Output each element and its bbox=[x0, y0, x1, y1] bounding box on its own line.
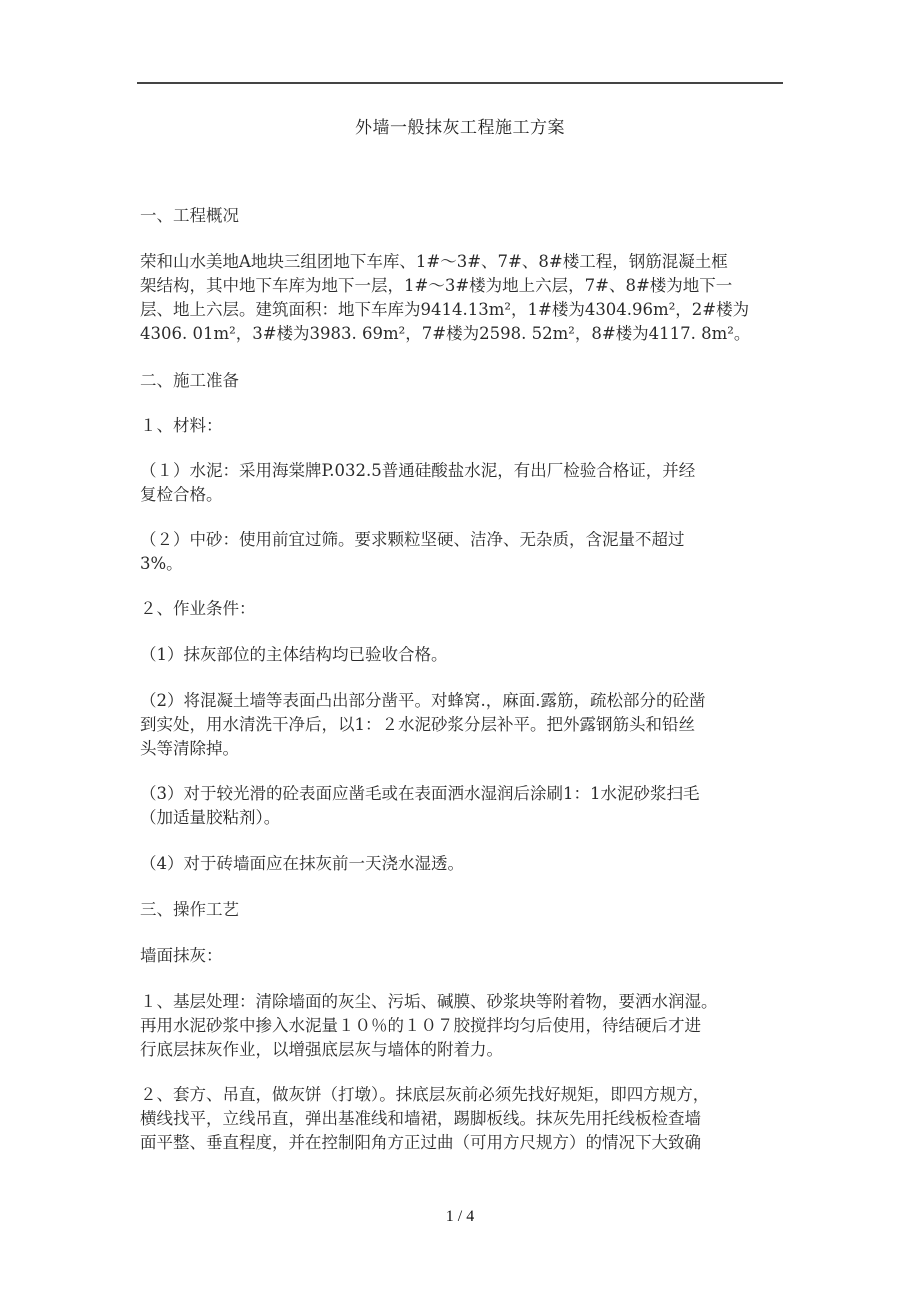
header-rule bbox=[137, 82, 783, 84]
paragraph-squaring-plumbing: ２、套方、吊直，做灰饼（打墩）。抹底层灰前必须先找好规矩，即四方规方， 横线找平… bbox=[140, 1083, 790, 1155]
text-line: 一、工程概况 bbox=[140, 204, 790, 228]
section-heading-process: 三、操作工艺 bbox=[140, 898, 790, 922]
paragraph-condition-2: （2）将混凝土墙等表面凸出部分凿平。对蜂窝.，麻面.露筋，疏松部分的砼凿 到实处… bbox=[140, 689, 790, 761]
paragraph-project-overview: 荣和山水美地A地块三组团地下车库、1#～3#、7#、8#楼工程，钢筋混凝土框 架… bbox=[140, 250, 790, 346]
document-page: 外墙一般抹灰工程施工方案 一、工程概况 荣和山水美地A地块三组团地下车库、1#～… bbox=[0, 0, 920, 1302]
text-line: 再用水泥砂浆中掺入水泥量１０％的１０７胶搅拌均匀后使用，待结硬后才进 bbox=[140, 1014, 790, 1038]
paragraph-sand: （２）中砂：使用前宜过筛。要求颗粒坚硬、洁净、无杂质，含泥量不超过 3%。 bbox=[140, 528, 790, 576]
text-line: （3）对于较光滑的砼表面应凿毛或在表面洒水湿润后涂刷1：1水泥砂浆扫毛 bbox=[140, 782, 790, 806]
text-line: １、基层处理：清除墙面的灰尘、污垢、碱膜、砂浆块等附着物，要洒水润湿。 bbox=[140, 990, 790, 1014]
section-heading-preparation: 二、施工准备 bbox=[140, 369, 790, 393]
text-line: 墙面抹灰： bbox=[140, 944, 790, 968]
text-line: 行底层抹灰作业，以增强底层灰与墙体的附着力。 bbox=[140, 1038, 790, 1062]
subheading-materials: １、材料： bbox=[140, 414, 790, 438]
document-title: 外墙一般抹灰工程施工方案 bbox=[0, 113, 920, 138]
paragraph-condition-4: （4）对于砖墙面应在抹灰前一天浇水湿透。 bbox=[140, 852, 790, 876]
text-line: 复检合格。 bbox=[140, 483, 790, 507]
text-line: （２）中砂：使用前宜过筛。要求颗粒坚硬、洁净、无杂质，含泥量不超过 bbox=[140, 528, 790, 552]
text-line: 横线找平，立线吊直，弹出基准线和墙裙，踢脚板线。抹灰先用托线板检查墙 bbox=[140, 1107, 790, 1131]
text-line: （4）对于砖墙面应在抹灰前一天浇水湿透。 bbox=[140, 852, 790, 876]
text-line: 三、操作工艺 bbox=[140, 898, 790, 922]
paragraph-condition-3: （3）对于较光滑的砼表面应凿毛或在表面洒水湿润后涂刷1：1水泥砂浆扫毛 （加适量… bbox=[140, 782, 790, 830]
paragraph-base-treatment: １、基层处理：清除墙面的灰尘、污垢、碱膜、砂浆块等附着物，要洒水润湿。 再用水泥… bbox=[140, 990, 790, 1062]
text-line: （１）水泥：采用海棠牌P.032.5普通硅酸盐水泥，有出厂检验合格证，并经 bbox=[140, 459, 790, 483]
subheading-work-conditions: ２、作业条件： bbox=[140, 597, 790, 621]
text-line: 面平整、垂直程度，并在控制阳角方正过曲（可用方尺规方）的情况下大致确 bbox=[140, 1131, 790, 1155]
text-line: 到实处，用水清洗干净后，以1：２水泥砂浆分层补平。把外露钢筋头和铅丝 bbox=[140, 713, 790, 737]
text-line: 二、施工准备 bbox=[140, 369, 790, 393]
text-line: 荣和山水美地A地块三组团地下车库、1#～3#、7#、8#楼工程，钢筋混凝土框 bbox=[140, 250, 790, 274]
paragraph-cement: （１）水泥：采用海棠牌P.032.5普通硅酸盐水泥，有出厂检验合格证，并经 复检… bbox=[140, 459, 790, 507]
text-line: 架结构，其中地下车库为地下一层，1#～3#楼为地上六层，7#、8#楼为地下一 bbox=[140, 274, 790, 298]
text-line: ２、作业条件： bbox=[140, 597, 790, 621]
page-indicator: 1 / 4 bbox=[0, 1208, 920, 1226]
section-heading-overview: 一、工程概况 bbox=[140, 204, 790, 228]
text-line: 层、地上六层。建筑面积：地下车库为9414.13m²，1#楼为4304.96m²… bbox=[140, 298, 790, 322]
text-line: １、材料： bbox=[140, 414, 790, 438]
text-line: ２、套方、吊直，做灰饼（打墩）。抹底层灰前必须先找好规矩，即四方规方， bbox=[140, 1083, 790, 1107]
text-line: 4306. 01m²，3#楼为3983. 69m²，7#楼为2598. 52m²… bbox=[140, 322, 790, 346]
text-line: （加适量胶粘剂）。 bbox=[140, 806, 790, 830]
text-line: 头等清除掉。 bbox=[140, 737, 790, 761]
text-line: （2）将混凝土墙等表面凸出部分凿平。对蜂窝.，麻面.露筋，疏松部分的砼凿 bbox=[140, 689, 790, 713]
paragraph-condition-1: （1）抹灰部位的主体结构均已验收合格。 bbox=[140, 643, 790, 667]
subheading-wall-plastering: 墙面抹灰： bbox=[140, 944, 790, 968]
text-line: （1）抹灰部位的主体结构均已验收合格。 bbox=[140, 643, 790, 667]
text-line: 3%。 bbox=[140, 552, 790, 576]
